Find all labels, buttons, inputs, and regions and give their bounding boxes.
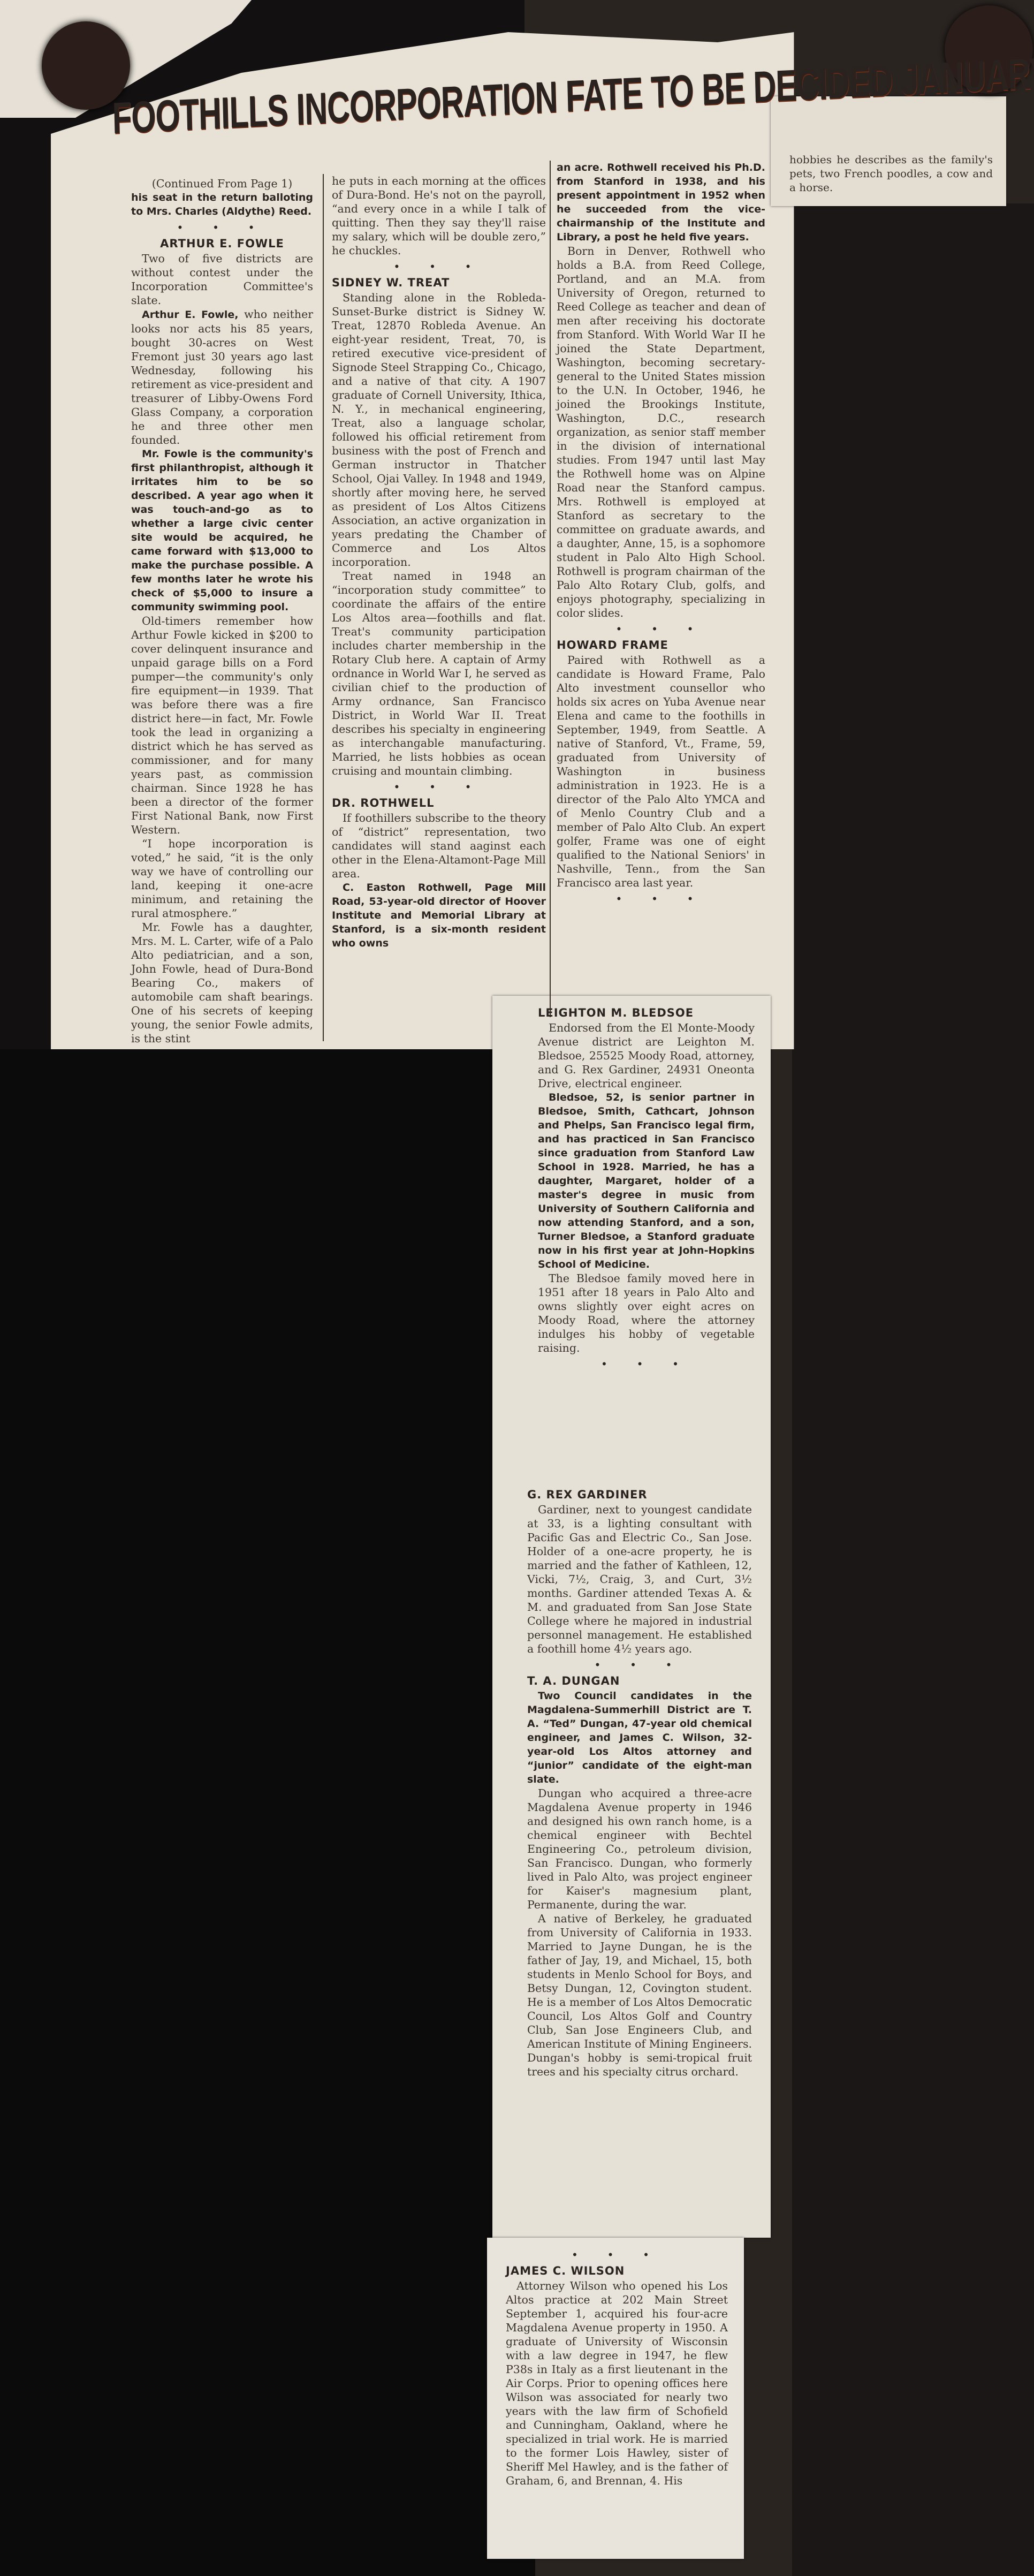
- section-title-frame: HOWARD FRAME: [557, 638, 765, 652]
- paragraph: “I hope incorporation is voted,” he said…: [131, 837, 313, 920]
- paragraph: Treat named in 1948 an “incorporation st…: [332, 569, 546, 778]
- section-separator: • • •: [332, 780, 546, 794]
- mounting-board-lower: [0, 1049, 535, 2576]
- mounting-board-shadow: [792, 203, 1034, 2576]
- paragraph: he puts in each morning at the offices o…: [332, 174, 546, 257]
- paragraph: Two of five districts are without contes…: [131, 252, 313, 307]
- section-separator: • • •: [131, 221, 313, 234]
- paragraph: Standing alone in the Robleda-Sunset-Bur…: [332, 291, 546, 569]
- column-3: an acre. Rothwell received his Ph.D. fro…: [557, 161, 765, 908]
- paragraph-bold: Bledsoe, 52, is senior partner in Bledso…: [538, 1090, 755, 1271]
- paragraph: Arthur E. Fowle, who neither looks nor a…: [131, 307, 313, 447]
- section-title-gardiner: G. REX GARDINER: [527, 1488, 752, 1502]
- column-5: LEIGHTON M. BLEDSOE Endorsed from the El…: [538, 1004, 755, 1373]
- section-title-dungan: T. A. DUNGAN: [527, 1674, 752, 1688]
- column-rule: [550, 161, 551, 1017]
- paragraph-bold: an acre. Rothwell received his Ph.D. fro…: [557, 161, 765, 244]
- section-separator: • • •: [506, 2248, 728, 2262]
- paragraph: Mr. Fowle has a daughter, Mrs. M. L. Car…: [131, 920, 313, 1045]
- section-title-wilson: JAMES C. WILSON: [506, 2264, 728, 2278]
- paragraph: Paired with Rothwell as a candidate is H…: [557, 653, 765, 890]
- paragraph: A native of Berkeley, he graduated from …: [527, 1912, 752, 2079]
- section-title-rothwell: DR. ROTHWELL: [332, 796, 546, 810]
- lead-paragraph: his seat in the return balloting to Mrs.…: [131, 191, 313, 218]
- paragraph: Gardiner, next to youngest candidate at …: [527, 1503, 752, 1656]
- section-title-bledsoe: LEIGHTON M. BLEDSOE: [538, 1006, 755, 1020]
- section-separator: • • •: [557, 622, 765, 636]
- paragraph-bold: Two Council candidates in the Magdalena-…: [527, 1689, 752, 1786]
- paragraph: Dungan who acquired a three-acre Magdale…: [527, 1786, 752, 1912]
- continued-note: (Continued From Page 1): [131, 177, 313, 191]
- column-rule: [323, 174, 324, 1041]
- section-title-treat: SIDNEY W. TREAT: [332, 276, 546, 290]
- paragraph: Endorsed from the El Monte-Moody Avenue …: [538, 1021, 755, 1090]
- section-separator: • • •: [527, 1658, 752, 1672]
- column-1: (Continued From Page 1) his seat in the …: [131, 177, 313, 1045]
- section-title-fowle: ARTHUR E. FOWLE: [131, 237, 313, 251]
- name-highlight: Arthur E. Fowle,: [142, 309, 239, 321]
- paragraph: Attorney Wilson who opened his Los Altos…: [506, 2279, 728, 2488]
- section-separator: • • •: [538, 1357, 755, 1371]
- column-7: • • • JAMES C. WILSON Attorney Wilson wh…: [506, 2246, 728, 2488]
- column-4-fragment: hobbies he describes as the family's pet…: [789, 153, 993, 194]
- section-separator: • • •: [557, 892, 765, 906]
- paragraph: hobbies he describes as the family's pet…: [789, 153, 993, 194]
- paragraph: Born in Denver, Rothwell who holds a B.A…: [557, 244, 765, 620]
- column-2: he puts in each morning at the offices o…: [332, 174, 546, 950]
- section-separator: • • •: [332, 260, 546, 274]
- paragraph: Old-timers remember how Arthur Fowle kic…: [131, 614, 313, 837]
- paragraph: If foothillers subscribe to the theory o…: [332, 811, 546, 881]
- paragraph-bold: Mr. Fowle is the community's first phila…: [131, 447, 313, 614]
- paragraph: The Bledsoe family moved here in 1951 af…: [538, 1271, 755, 1355]
- paragraph-bold: C. Easton Rothwell, Page Mill Road, 53-y…: [332, 881, 546, 950]
- column-6: G. REX GARDINER Gardiner, next to younge…: [527, 1486, 752, 2079]
